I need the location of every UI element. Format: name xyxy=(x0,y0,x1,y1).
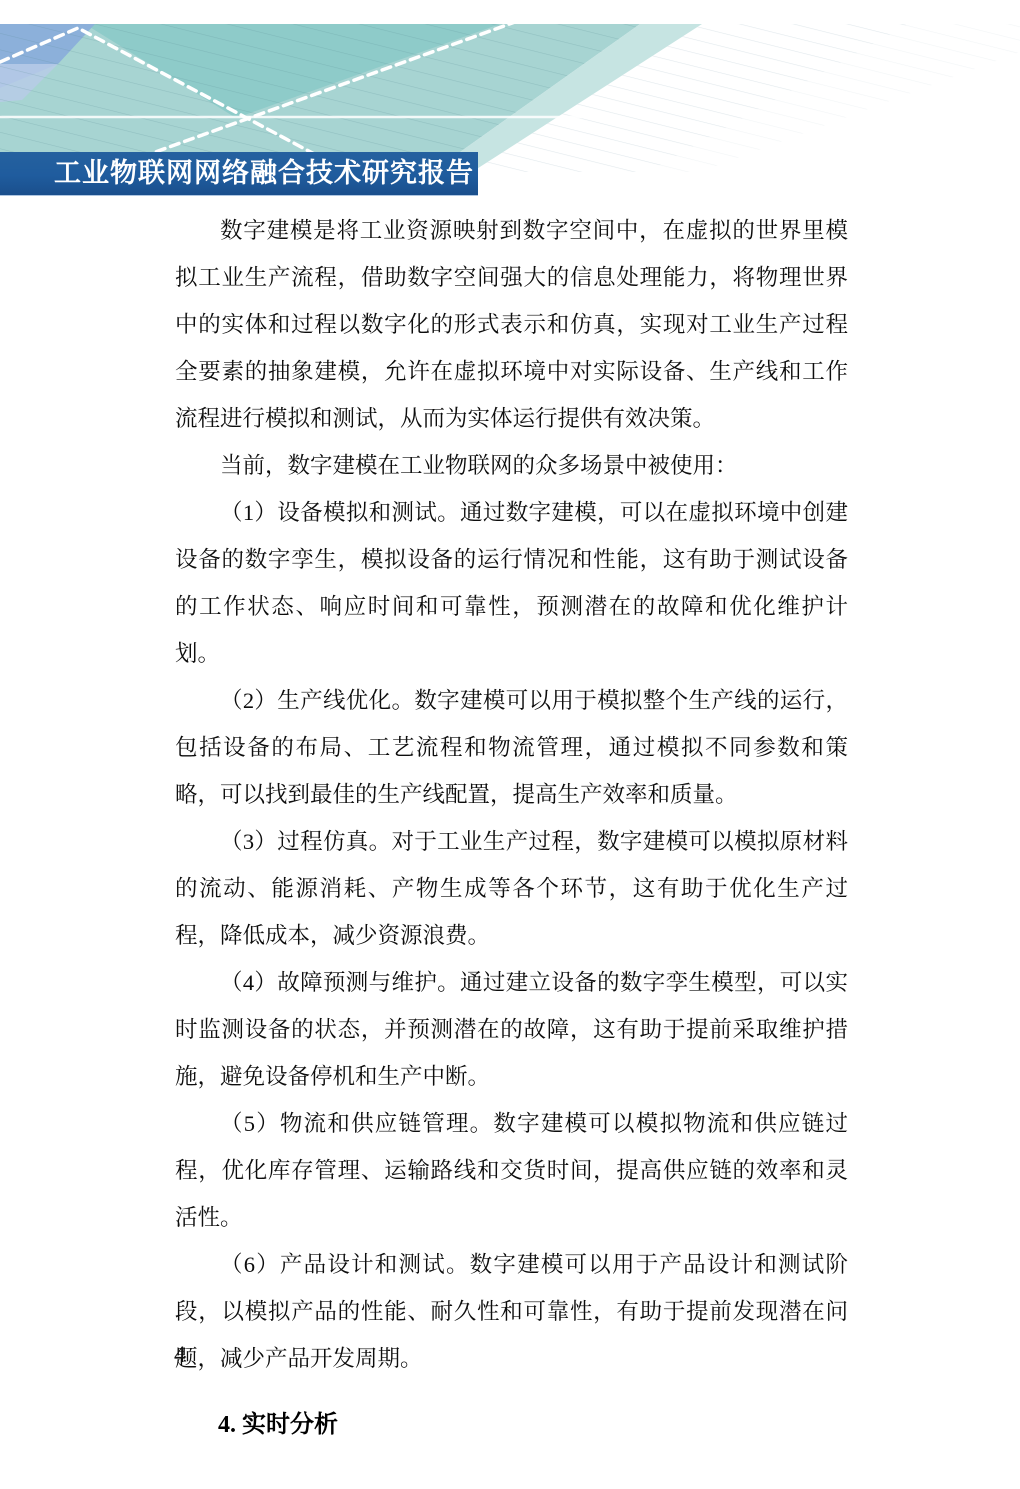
paragraph-item-1: （1）设备模拟和测试。通过数字建模，可以在虚拟环境中创建设备的数字孪生，模拟设备… xyxy=(175,489,848,677)
document-body: 数字建模是将工业资源映射到数字空间中，在虚拟的世界里模拟工业生产流程，借助数字空… xyxy=(175,207,848,1442)
paragraph-item-4: （4）故障预测与维护。通过建立设备的数字孪生模型，可以实时监测设备的状态，并预测… xyxy=(175,959,848,1100)
page-number: 4 xyxy=(174,1341,186,1369)
report-title-bar: 工业物联网网络融合技术研究报告 xyxy=(0,152,478,195)
section-heading: 4. 实时分析 xyxy=(175,1408,848,1442)
paragraph-item-6: （6）产品设计和测试。数字建模可以用于产品设计和测试阶段，以模拟产品的性能、耐久… xyxy=(175,1241,848,1382)
paragraph-item-3: （3）过程仿真。对于工业生产过程，数字建模可以模拟原材料的流动、能源消耗、产物生… xyxy=(175,818,848,959)
paragraph-item-5: （5）物流和供应链管理。数字建模可以模拟物流和供应链过程，优化库存管理、运输路线… xyxy=(175,1100,848,1241)
report-title: 工业物联网网络融合技术研究报告 xyxy=(0,152,478,195)
paragraph-lead-in: 当前，数字建模在工业物联网的众多场景中被使用： xyxy=(175,442,848,489)
paragraph-intro: 数字建模是将工业资源映射到数字空间中，在虚拟的世界里模拟工业生产流程，借助数字空… xyxy=(175,207,848,442)
paragraph-item-2: （2）生产线优化。数字建模可以用于模拟整个生产线的运行，包括设备的布局、工艺流程… xyxy=(175,677,848,818)
document-page: 工业物联网网络融合技术研究报告 数字建模是将工业资源映射到数字空间中，在虚拟的世… xyxy=(0,0,1020,1489)
